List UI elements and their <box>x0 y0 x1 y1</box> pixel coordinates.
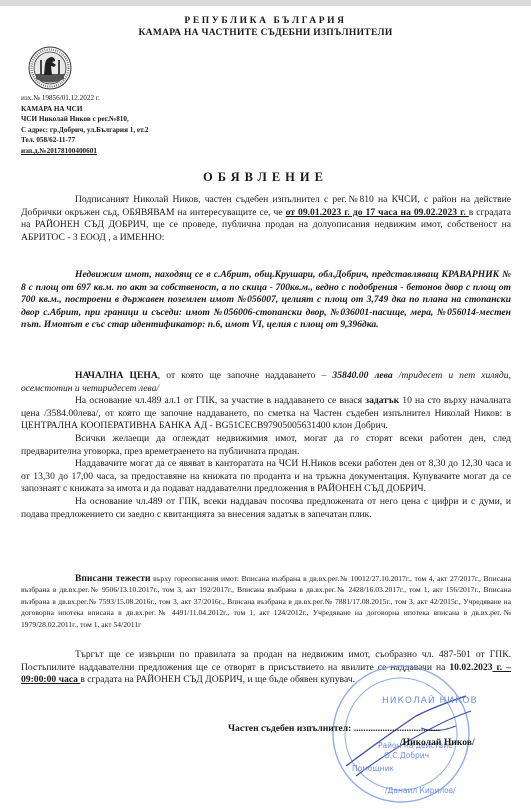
officer-address: С адрес: гр.Добрич, ул.България 1, ет.2 <box>21 125 149 136</box>
document-page: РЕПУБЛИКА БЪЛГАРИЯ КАМАРА НА ЧАСТНИТЕ СЪ… <box>0 6 531 809</box>
header-chamber: КАМАРА НА ЧАСТНИТЕ СЪДЕБНИ ИЗПЪЛНИТЕЛИ <box>0 28 531 38</box>
encumbrances-label: Вписани тежести <box>75 573 150 584</box>
chamber-crest-icon <box>28 46 72 90</box>
price-label: НАЧАЛНА ЦЕНА <box>75 370 158 381</box>
intro-paragraph: Подписаният Николай Ников, частен съдебе… <box>21 194 511 244</box>
case-number: изп.д.№20178100400601 <box>21 146 149 157</box>
assistant-name: /Данаил Кирилов/ <box>385 786 456 795</box>
sale-period: от 09.01.2023 г. до 17 часа на 09.02.202… <box>286 207 469 218</box>
property-description: Недвижим имот, находящ се в с.Абрит, общ… <box>21 269 511 332</box>
offers-paragraph: На основание чл.489 от ГПК, всеки наддав… <box>21 496 511 521</box>
officer-name: ЧСИ Николай Ников с рег.№810, <box>21 114 149 125</box>
price-paragraph: НАЧАЛНА ЦЕНА, от която ще започне наддав… <box>21 370 511 521</box>
signature-label: Частен съдебен изпълнител: .............… <box>228 723 440 734</box>
stamp-city: О.С.Добрич <box>384 751 429 760</box>
price-amount: 35840.00 лева <box>332 370 392 381</box>
viewing-paragraph: Всички желаещи да оглеждат недвижимия им… <box>21 433 511 458</box>
header-republic: РЕПУБЛИКА БЪЛГАРИЯ <box>0 16 531 26</box>
bidders-paragraph: Наддавачите могат да се явяват в кантора… <box>21 458 511 496</box>
signatory-name: /Николай Ников/ <box>400 737 475 748</box>
sender-block: изх.№ 19856/01.12.2022 г. КАМАРА НА ЧСИ … <box>21 93 149 157</box>
deposit-label: задатък <box>365 395 399 406</box>
assistant-label: Помощник <box>352 764 394 773</box>
document-title: ОБЯВЛЕНИЕ <box>0 170 531 185</box>
officer-phone: Тел. 058/62-11-77 <box>21 135 149 146</box>
encumbrances-paragraph: Вписани тежести върху гореописания имот:… <box>21 573 511 630</box>
stamp-name: НИКОЛАЙ НИКОВ <box>382 696 478 706</box>
outgoing-number: изх.№ 19856/01.12.2022 г. <box>21 93 149 104</box>
chamber-name: КАМАРА НА ЧСИ <box>21 104 149 115</box>
